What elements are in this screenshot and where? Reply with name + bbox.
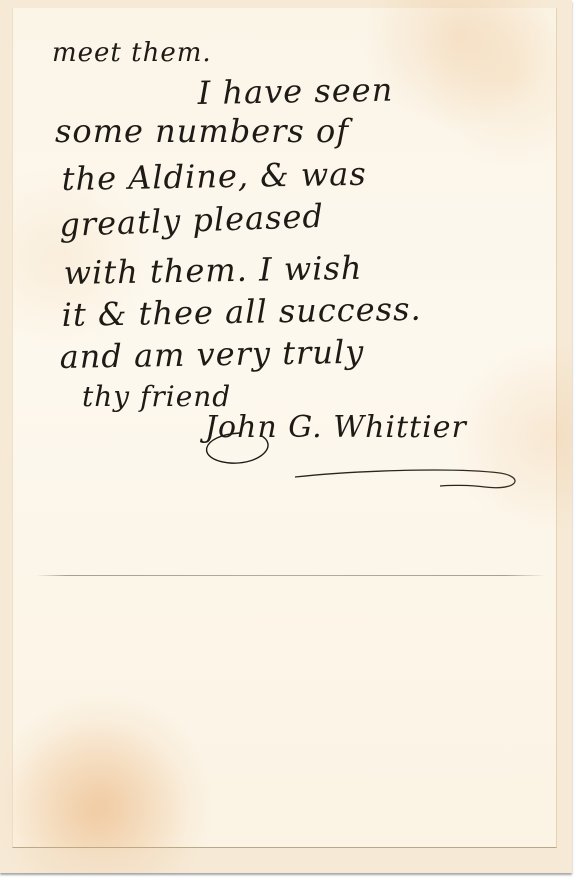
letter-line-1: meet them. xyxy=(52,38,212,68)
letter-line-7: it & thee all success. xyxy=(61,290,422,334)
letter-line-4: the Aldine, & was xyxy=(61,155,367,198)
letter-line-2: I have seen xyxy=(197,71,393,112)
signature: John G. Whittier xyxy=(205,410,467,445)
letter-line-6: with them. I wish xyxy=(63,249,362,292)
letter-line-3: some numbers of xyxy=(55,112,349,150)
letter-line-8: and am very truly xyxy=(59,333,364,376)
fold-crease xyxy=(36,575,546,576)
backing-card: meet them. I have seen some numbers of t… xyxy=(0,0,572,873)
